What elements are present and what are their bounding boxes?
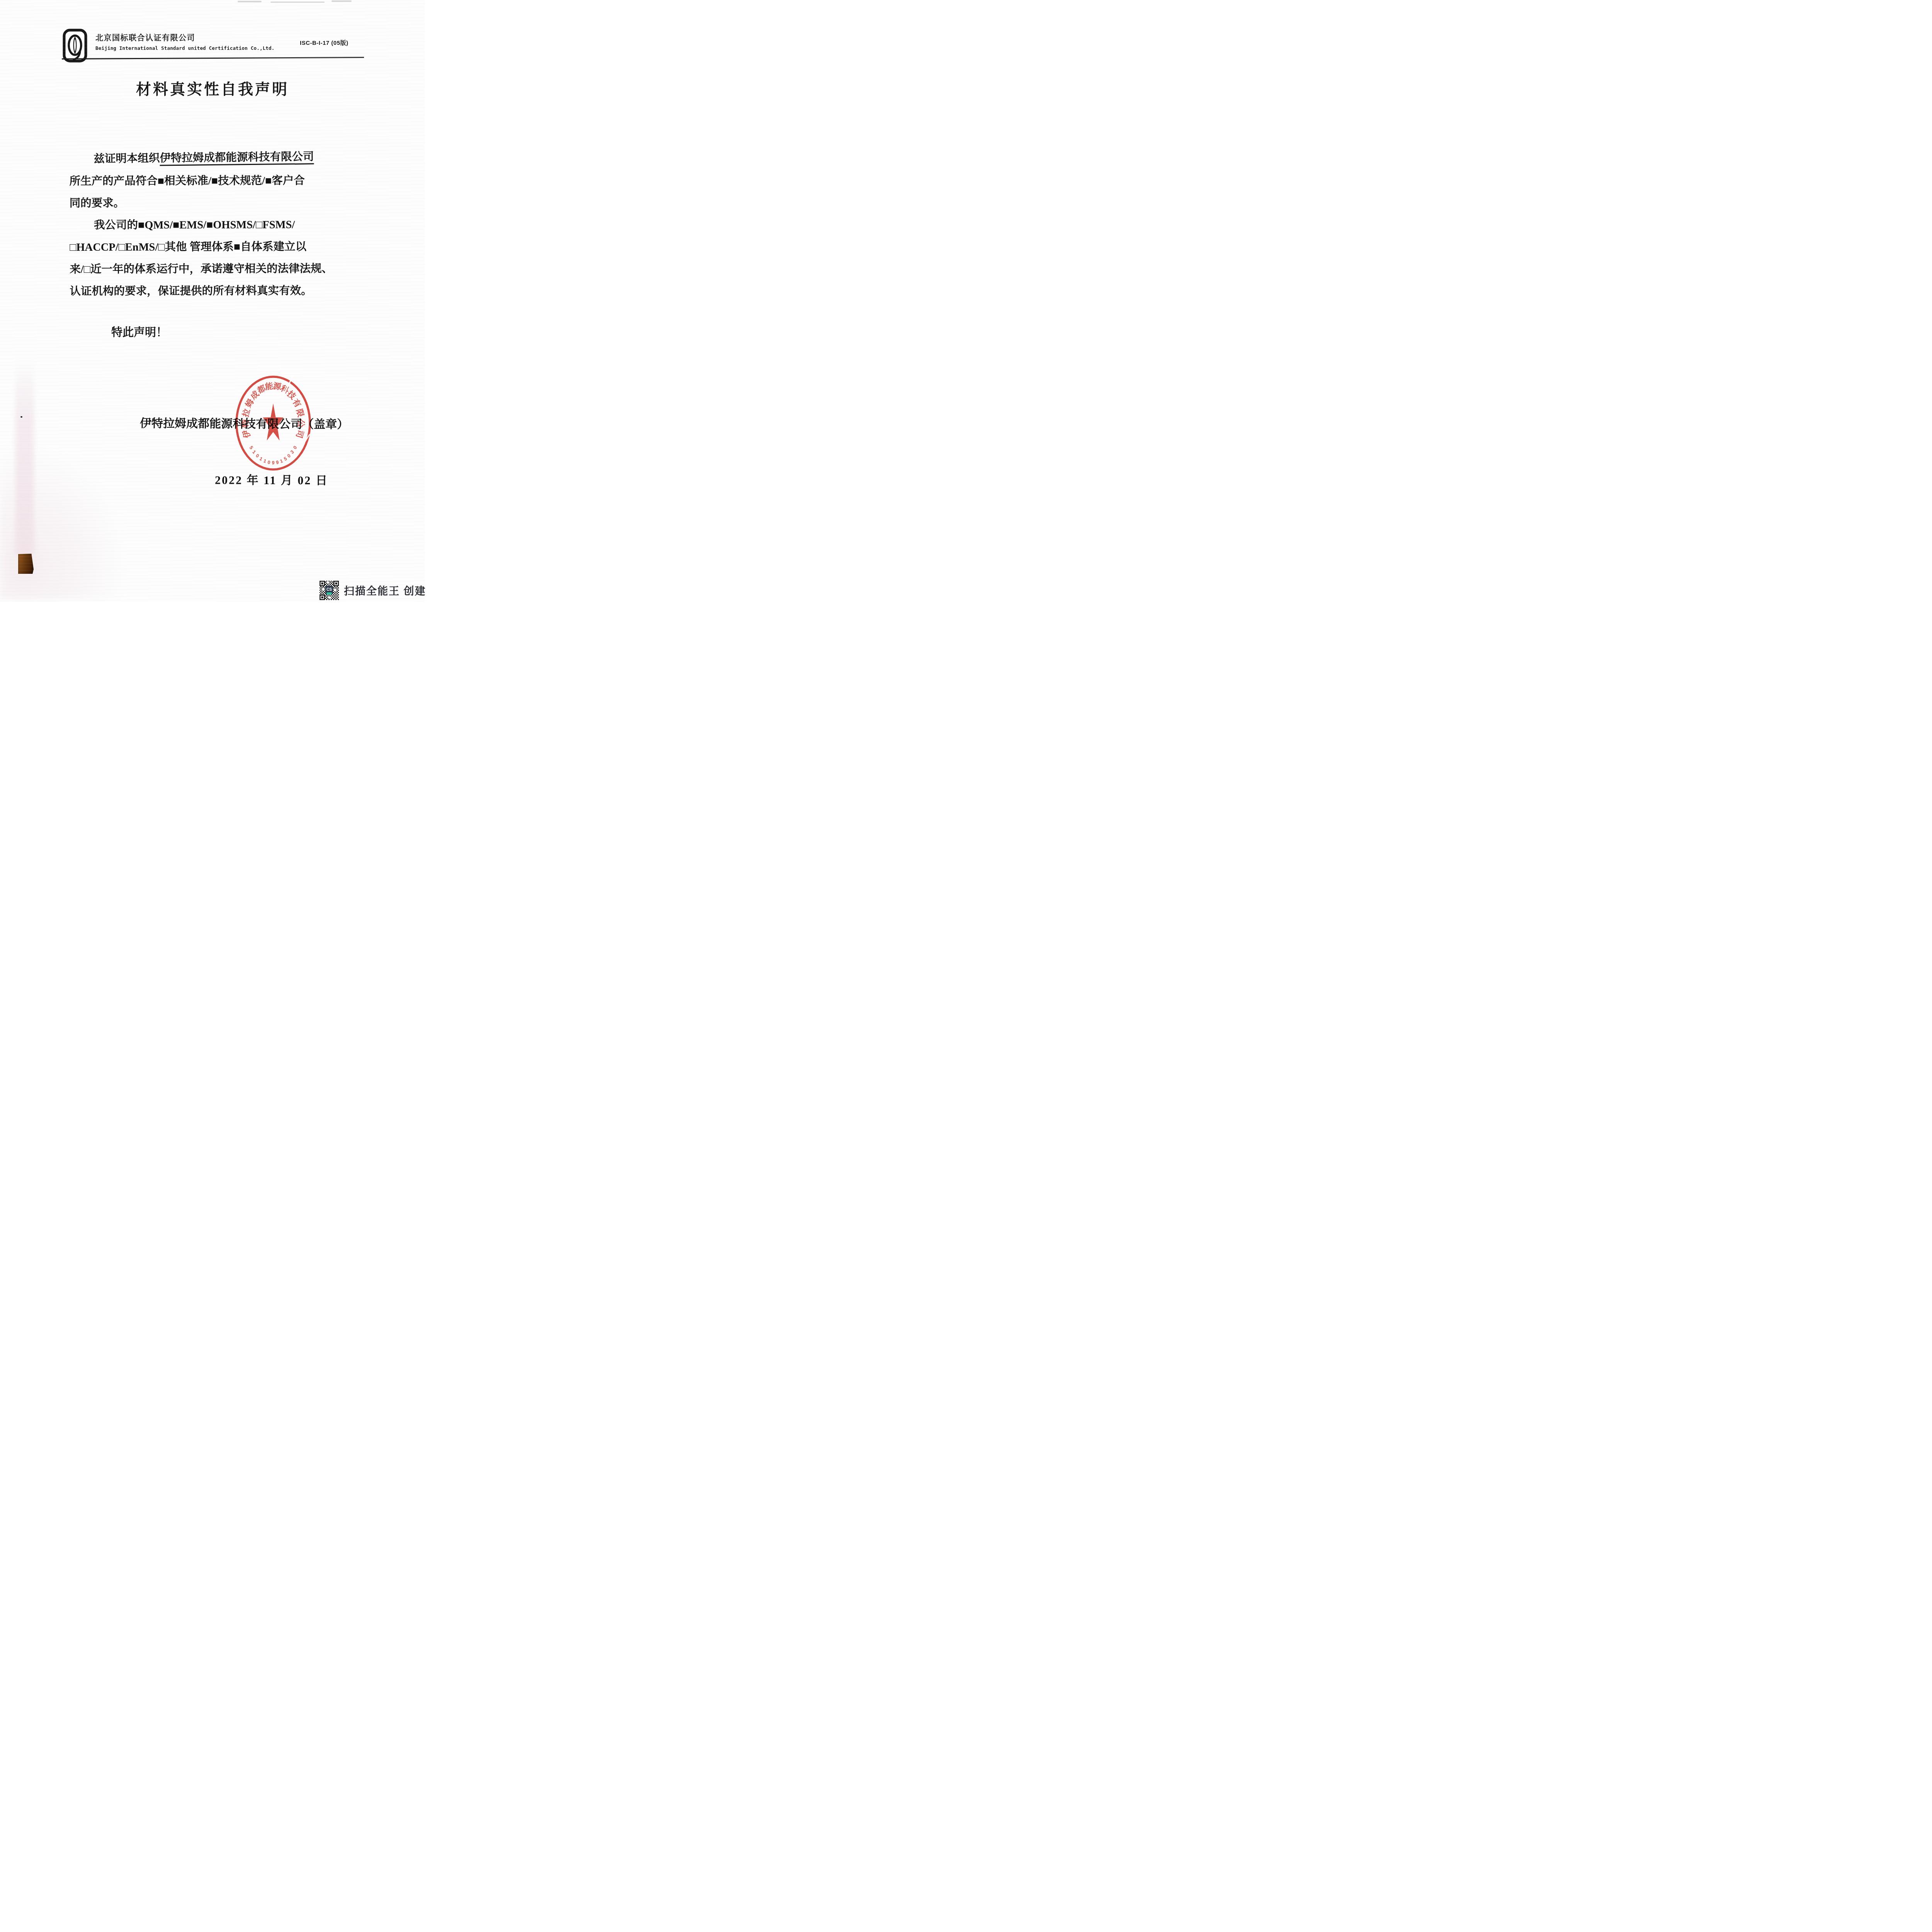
svg-text:0: 0 [292,445,298,450]
svg-text:1: 1 [259,456,263,462]
svg-text:3: 3 [289,449,295,455]
qr-finder-top-right [333,581,339,586]
scan-edge-artifact [18,554,34,574]
document-code: ISC-B-I-17 (05版) [300,39,349,47]
body-line-5: □HACCP/□EnMS/□其他 管理体系■自体系建立以 [70,236,360,259]
svg-text:拉: 拉 [241,408,252,418]
svg-text:0: 0 [267,459,271,465]
qr-finder-bottom-left [320,595,325,600]
qr-finder-top-left [320,581,325,586]
header-company-name-cn: 北京国标联合认证有限公司 [95,32,195,43]
scan-smudge [332,0,352,2]
declaration-body: 兹证明本组织伊特拉姆成都能源科技有限公司 所生产的产品符合■相关标准/■技术规范… [69,148,360,303]
body-line-6: 来/□近一年的体系运行中，承诺遵守相关的法律法规、 [70,258,360,281]
svg-text:特: 特 [241,419,250,427]
svg-text:9: 9 [276,459,279,465]
document-title: 材料真实性自我声明 [0,77,425,99]
svg-text:公: 公 [296,419,306,427]
body-line-2: 所生产的产品符合■相关标准/■技术规范/■客户合 [70,170,360,192]
svg-text:伊: 伊 [241,429,252,439]
underlined-company-name: 伊特拉姆成都能源科技有限公司 [160,151,314,166]
svg-text:司: 司 [294,429,305,439]
svg-text:5: 5 [248,445,254,450]
header-company-name-en: Beijing International Standard united Ce… [95,45,275,51]
header-divider [62,57,364,60]
svg-text:限: 限 [294,408,306,418]
body-line-1-lead: 兹证明本组织 [94,153,160,165]
scan-smudge [270,2,325,3]
svg-text:1: 1 [263,458,267,464]
declaration-statement: 特此声明！ [111,324,167,340]
company-seal: 伊特拉姆成都能源科技有限公司5101109915030 [233,373,314,473]
body-line-1: 兹证明本组织伊特拉姆成都能源科技有限公司 [69,145,360,170]
svg-text:9: 9 [272,460,275,466]
svg-text:0: 0 [255,453,260,459]
svg-text:0: 0 [286,453,292,459]
scan-smudge [238,1,262,2]
camscanner-credit-text: 扫描全能王 创建 [344,583,425,598]
scan-shadow-corner [0,444,128,599]
svg-text:CS: CS [327,588,332,592]
scanned-document-page: 北京国标联合认证有限公司 Beijing International Stand… [0,0,425,602]
camscanner-badge-icon: CS [325,586,333,595]
svg-text:1: 1 [251,449,257,455]
stray-ink-dot [20,416,22,418]
body-line-7: 认证机构的要求，保证提供的所有材料真实有效。 [70,280,360,303]
svg-text:5: 5 [283,456,287,462]
qr-code: CS [319,580,339,602]
body-line-3: 同的要求。 [70,192,360,214]
svg-text:1: 1 [279,458,284,464]
body-line-4: 我公司的■QMS/■EMS/■OHSMS/□FSMS/ [70,214,360,236]
